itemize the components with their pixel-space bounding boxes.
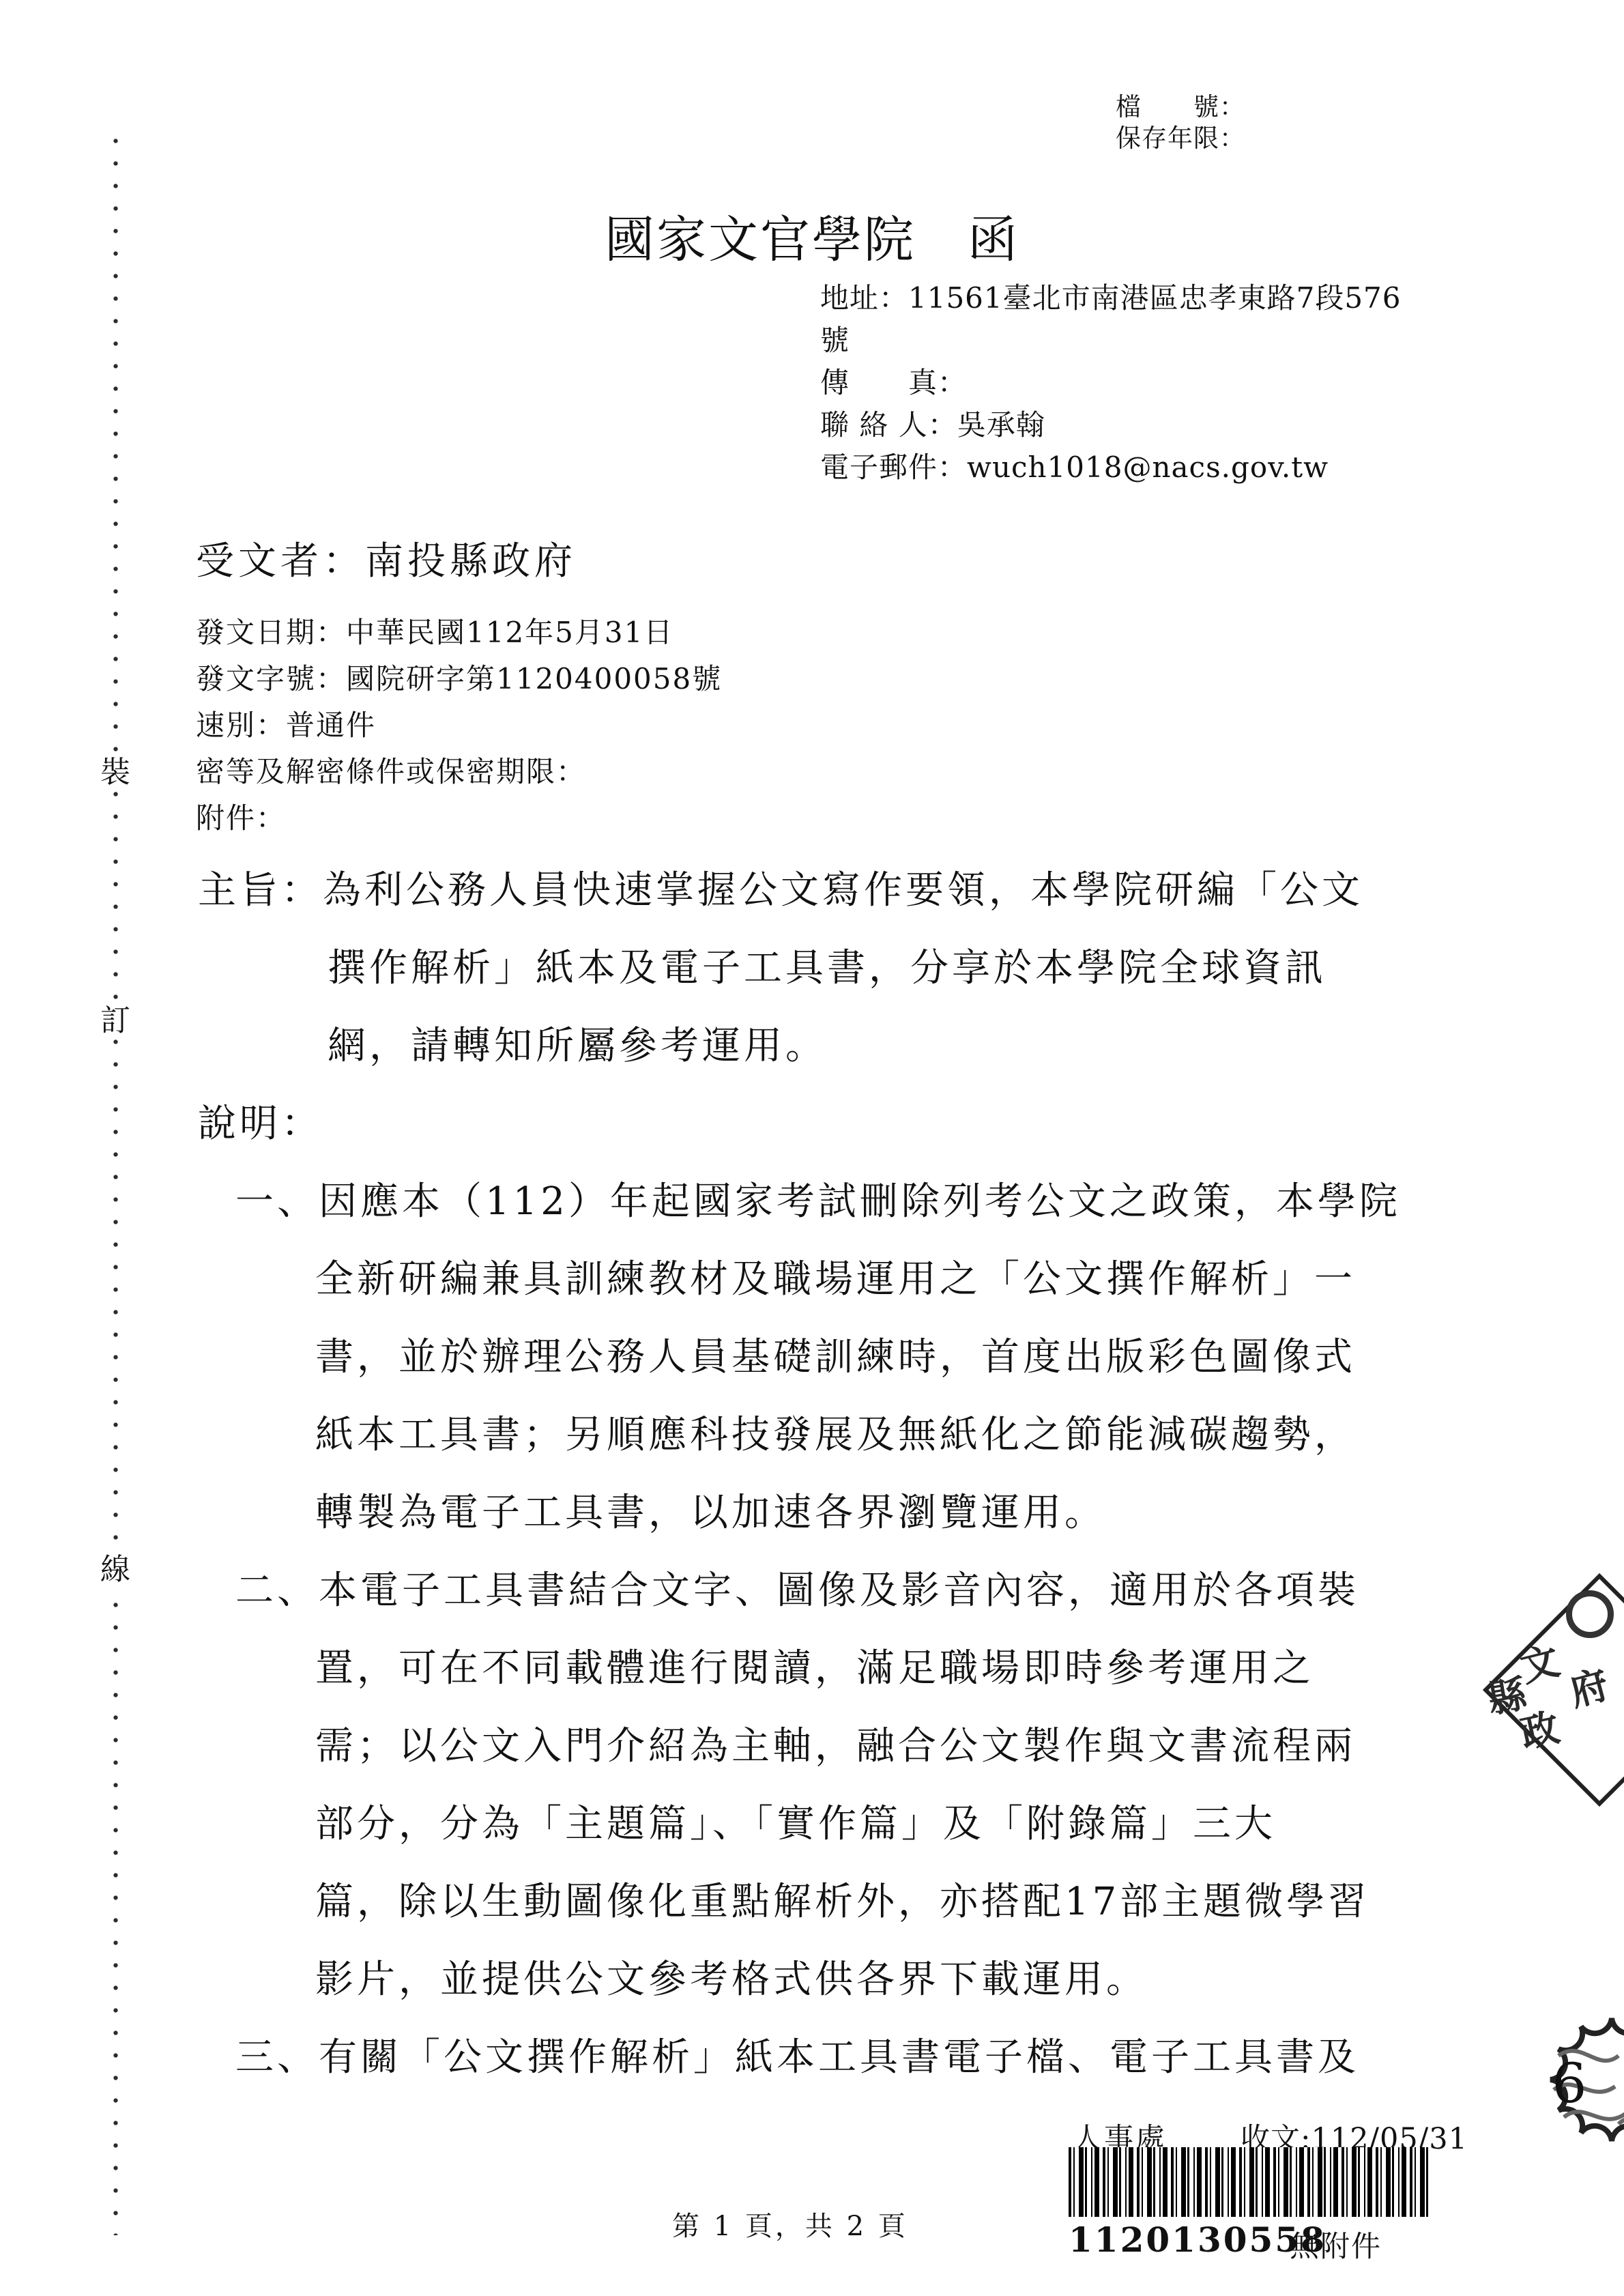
item-line: 轉製為電子工具書，以加速各界瀏覽運用。: [198, 1474, 1467, 1552]
barcode-number: 1120130558: [1069, 2220, 1326, 2260]
item-line: 一、因應本（112）年起國家考試刪除列考公文之政策，本學院: [198, 1163, 1467, 1241]
subject-label: 主旨：: [198, 868, 323, 913]
meta-issue-date: 發文日期：中華民國112年5月31日: [196, 609, 722, 656]
subject-line: 撰作解析」紙本及電子工具書，分享於本學院全球資訊: [198, 930, 1467, 1007]
sender-info-block: 地址：11561臺北市南港區忠孝東路7段576 號 傳 真： 聯 絡 人：吳承翰…: [820, 277, 1537, 489]
file-number-label: 檔 號：: [1116, 91, 1245, 123]
item-text: 因應本（112）年起國家考試刪除列考公文之政策，本學院: [319, 1179, 1401, 1224]
item-line: 需；以公文入門介紹為主軸，融合公文製作與文書流程兩: [198, 1708, 1467, 1785]
binding-mark-xian: 線: [98, 1552, 132, 1588]
barcode: [1069, 2147, 1432, 2217]
subject-text: 為利公務人員快速掌握公文寫作要領，本學院研編「公文: [323, 868, 1363, 913]
item-text: 有關「公文撰作解析」紙本工具書電子檔、電子工具書及: [319, 2035, 1359, 2080]
meta-attachment-label: 附件：: [196, 795, 722, 842]
item-number: 三、: [235, 2035, 319, 2080]
recipient-line: 受文者：南投縣政府: [196, 531, 577, 586]
document-body: 主旨：為利公務人員快速掌握公文寫作要領，本學院研編「公文 撰作解析」紙本及電子工…: [198, 852, 1467, 2097]
meta-block: 發文日期：中華民國112年5月31日 發文字號：國院研字第1120400058號…: [196, 609, 722, 842]
subject-line: 主旨：為利公務人員快速掌握公文寫作要領，本學院研編「公文: [198, 852, 1467, 930]
item-line: 紙本工具書；另順應科技發展及無紙化之節能減碳趨勢，: [198, 1396, 1467, 1474]
sender-address-line2: 號: [820, 319, 1537, 362]
binding-mark-ding: 訂: [98, 1003, 132, 1039]
sender-contact: 聯 絡 人：吳承翰: [820, 404, 1537, 446]
item-line: 書，並於辦理公務人員基礎訓練時，首度出版彩色圖像式: [198, 1319, 1467, 1396]
page-number-seal: 6: [1516, 2008, 1624, 2151]
item-line: 二、本電子工具書結合文字、圖像及影音內容，適用於各項裝: [198, 1552, 1467, 1630]
sender-fax-label: 傳 真：: [820, 362, 1537, 404]
seal-number: 6: [1552, 2052, 1587, 2115]
meta-speed-level: 速別：普通件: [196, 702, 722, 749]
sender-email: 電子郵件：wuch1018@nacs.gov.tw: [820, 446, 1537, 489]
document-page: 裝 訂 線 檔 號： 保存年限： 國家文官學院 函 地址：11561臺北市南港區…: [0, 0, 1624, 2296]
page-footer: 第 1 頁，共 2 頁: [672, 2205, 908, 2243]
retention-period-label: 保存年限：: [1116, 123, 1245, 154]
item-number: 二、: [235, 1568, 319, 1613]
item-text: 本電子工具書結合文字、圖像及影音內容，適用於各項裝: [319, 1568, 1359, 1613]
binding-dotted-line: [113, 130, 118, 2235]
item-line: 篇，除以生動圖像化重點解析外，亦搭配17部主題微學習: [198, 1863, 1467, 1941]
item-line: 影片，並提供公文參考格式供各界下載運用。: [198, 1941, 1467, 2019]
item-line: 部分，分為「主題篇」、「實作篇」及「附錄篇」三大: [198, 1785, 1467, 1863]
file-number-block: 檔 號： 保存年限：: [1116, 91, 1245, 154]
item-line: 三、有關「公文撰作解析」紙本工具書電子檔、電子工具書及: [198, 2019, 1467, 2097]
explanation-label: 說明：: [198, 1085, 1467, 1163]
item-number: 一、: [235, 1179, 319, 1224]
meta-doc-number: 發文字號：國院研字第1120400058號: [196, 656, 722, 702]
attachment-note: 無附件: [1290, 2224, 1382, 2265]
item-line: 置，可在不同載體進行閱讀，滿足職場即時參考運用之: [198, 1630, 1467, 1708]
meta-security-level: 密等及解密條件或保密期限：: [196, 749, 722, 795]
item-line: 全新研編兼具訓練教材及職場運用之「公文撰作解析」一: [198, 1241, 1467, 1319]
sender-address-line1: 地址：11561臺北市南港區忠孝東路7段576: [820, 277, 1537, 319]
binding-mark-zhuang: 裝: [98, 755, 132, 790]
agency-emblem-icon: [1566, 1590, 1614, 1638]
subject-line: 網，請轉知所屬參考運用。: [198, 1007, 1467, 1085]
document-title: 國家文官學院 函: [0, 199, 1624, 271]
